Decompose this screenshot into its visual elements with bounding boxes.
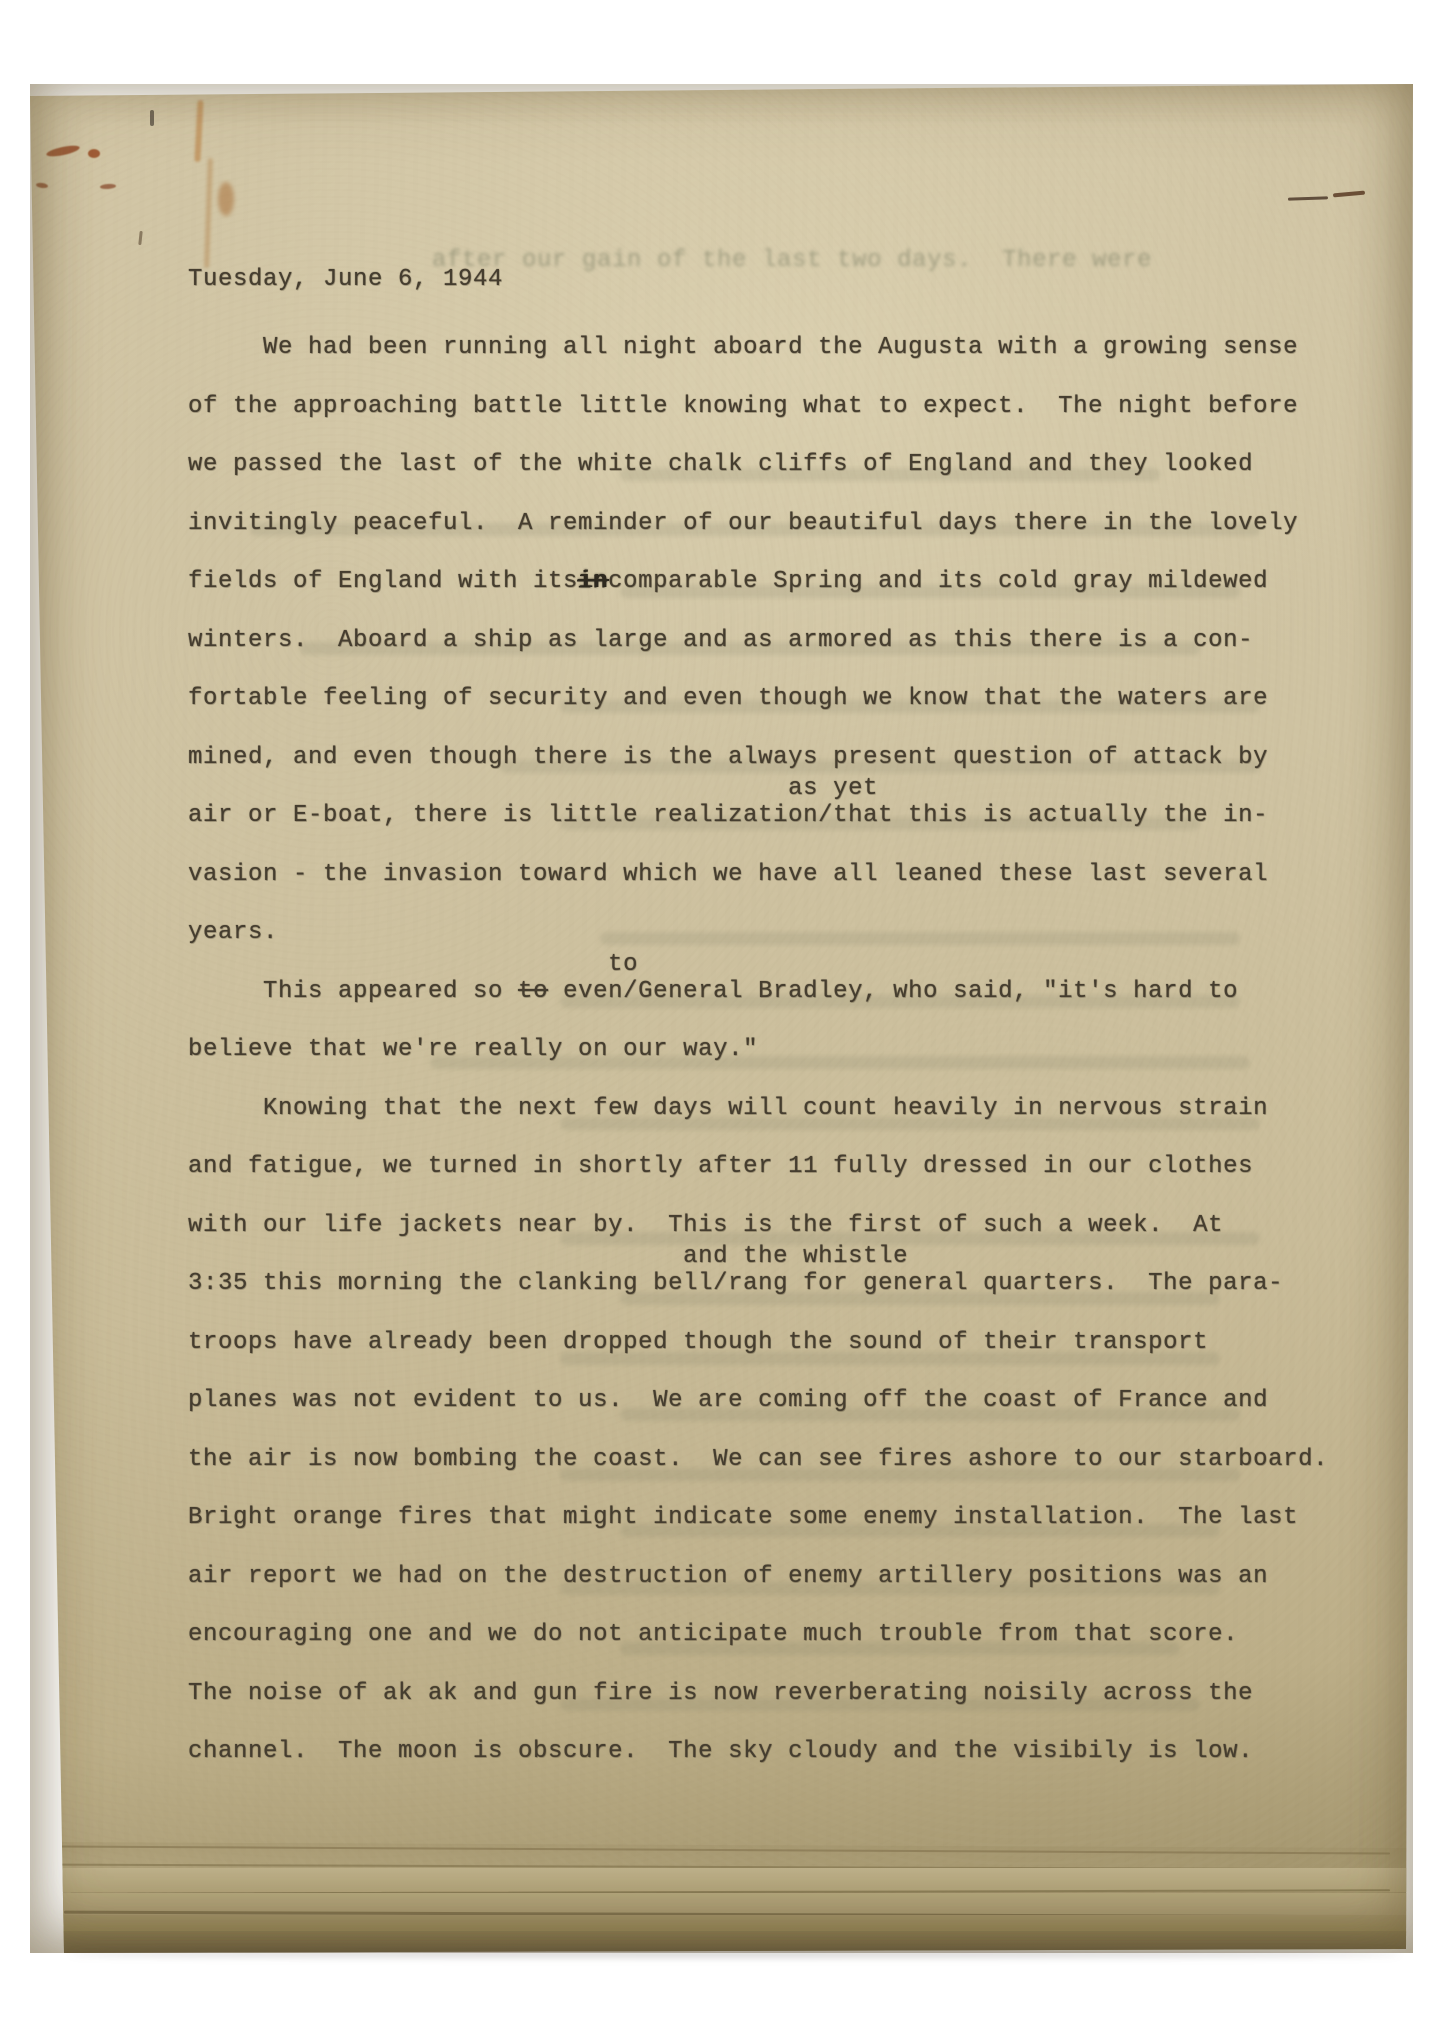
scan-background: { "document": { "date": "Tuesday, June 6…	[0, 0, 1440, 2038]
paper-vignette	[30, 84, 1413, 1953]
page-drop-shadow	[70, 1950, 1400, 1957]
